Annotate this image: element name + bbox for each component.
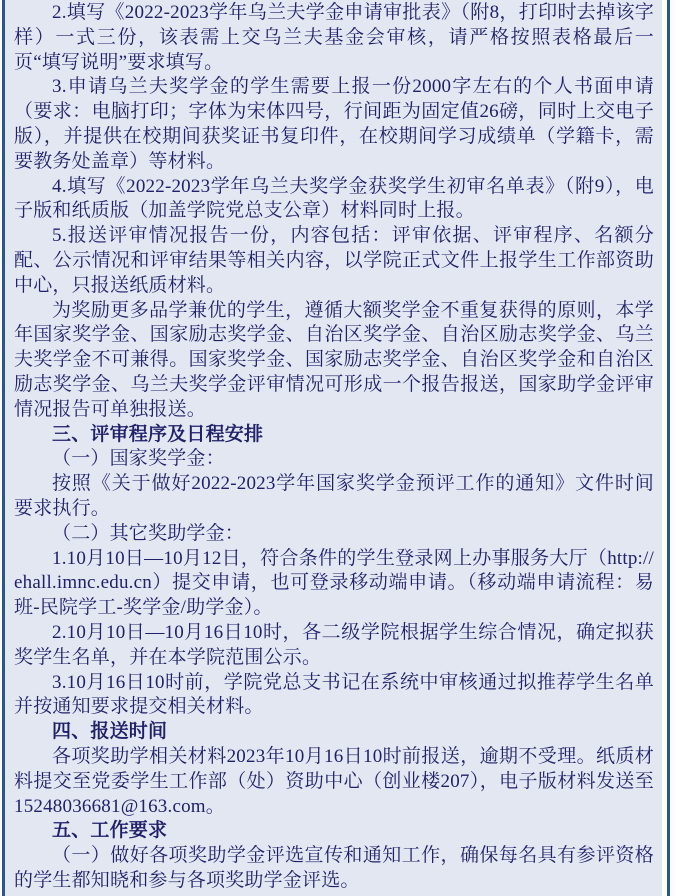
paragraph-college-review: 2.10月10日—10月16日10时，各二级学院根据学生综合情况，确定拟获奖学生…: [14, 621, 654, 671]
paragraph-online-application: 1.10月10日—10月12日，符合条件的学生登录网上办事服务大厅（http:/…: [14, 547, 654, 621]
paragraph-no-duplicate-awards: 为奖励更多品学兼优的学生，遵循大额奖学金不重复获得的原则，本学年国家奖学金、国家…: [14, 299, 654, 423]
paragraph-personal-application: 3.申请乌兰夫奖学金的学生需要上报一份2000字左右的个人书面申请（要求：电脑打…: [14, 75, 654, 174]
document-page-frame: 2.填写《2022-2023学年乌兰夫学金申请审批表》（附8，打印时去掉该字样）…: [2, 0, 670, 896]
paragraph-submission-deadline: 各项奖助学相关材料2023年10月16日10时前报送，逾期不受理。纸质材料提交至…: [14, 745, 654, 819]
paragraph-secretary-approval: 3.10月16日10时前，学院党总支书记在系统中审核通过拟推荐学生名单并按通知要…: [14, 671, 654, 721]
paragraph-national-scholarship-notice: 按照《关于做好2022-2023学年国家奖学金预评工作的通知》文件时间要求执行。: [14, 472, 654, 522]
paragraph-publicity: （一）做好各项奖助学金评选宣传和通知工作，确保每名具有参评资格的学生都知晓和参与…: [14, 844, 654, 894]
paragraph-preliminary-list: 4.填写《2022-2023学年乌兰夫奖学金获奖学生初审名单表》（附9），电子版…: [14, 175, 654, 225]
document-body: 2.填写《2022-2023学年乌兰夫学金申请审批表》（附8，打印时去掉该字样）…: [5, 0, 662, 896]
heading-work-requirements: 五、工作要求: [14, 819, 654, 844]
paragraph-application-form: 2.填写《2022-2023学年乌兰夫学金申请审批表》（附8，打印时去掉该字样）…: [14, 1, 654, 75]
paragraph-review-report: 5.报送评审情况报告一份，内容包括：评审依据、评审程序、名额分配、公示情况和评审…: [14, 224, 654, 298]
subheading-other-scholarships: （二）其它奖助学金：: [14, 522, 654, 547]
subheading-national-scholarship: （一）国家奖学金：: [14, 447, 654, 472]
heading-review-procedure: 三、评审程序及日程安排: [14, 423, 654, 448]
heading-submission-time: 四、报送时间: [14, 720, 654, 745]
